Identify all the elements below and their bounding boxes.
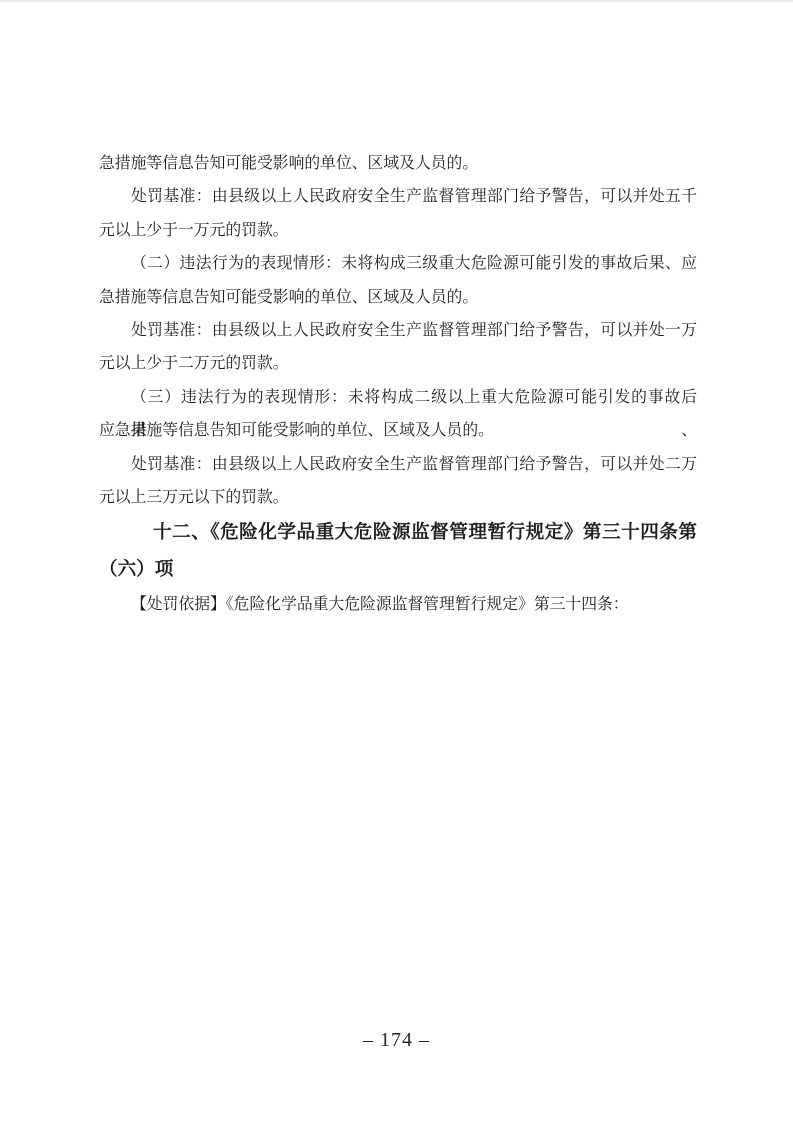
paragraph-line: 急措施等信息告知可能受影响的单位、区域及人员的。 [99,147,697,180]
paragraph-line: （二）违法行为的表现情形：未将构成三级重大危险源可能引发的事故后果、应 [99,247,697,280]
document-body: 急措施等信息告知可能受影响的单位、区域及人员的。处罚基准：由县级以上人民政府安全… [99,147,697,622]
paragraph-line: 元以上少于二万元的罚款。 [99,347,697,380]
paragraph-line: 处罚基准：由县级以上人民政府安全生产监督管理部门给予警告，可以并处二万 [99,448,697,481]
document-page: 急措施等信息告知可能受影响的单位、区域及人员的。处罚基准：由县级以上人民政府安全… [0,0,793,1122]
paragraph-line: 元以上三万元以下的罚款。 [99,481,697,514]
paragraph-line: 处罚基准：由县级以上人民政府安全生产监督管理部门给予警告，可以并处一万 [99,314,697,347]
paragraph-line: 处罚基准：由县级以上人民政府安全生产监督管理部门给予警告，可以并处五千 [99,180,697,213]
paragraph-line: （三）违法行为的表现情形：未将构成二级以上重大危险源可能引发的事故后果、 [99,381,697,414]
paragraph-line: 【处罚依据】《危险化学品重大危险源监督管理暂行规定》第三十四条： [99,588,697,621]
paragraph-line: 元以上少于一万元的罚款。 [99,214,697,247]
section-heading-line: （六）项 [99,552,697,588]
section-heading-line: 十二、《危险化学品重大危险源监督管理暂行规定》第三十四条第 [99,514,697,552]
page-number: – 174 – [0,1026,793,1054]
paragraph-line: 急措施等信息告知可能受影响的单位、区域及人员的。 [99,281,697,314]
